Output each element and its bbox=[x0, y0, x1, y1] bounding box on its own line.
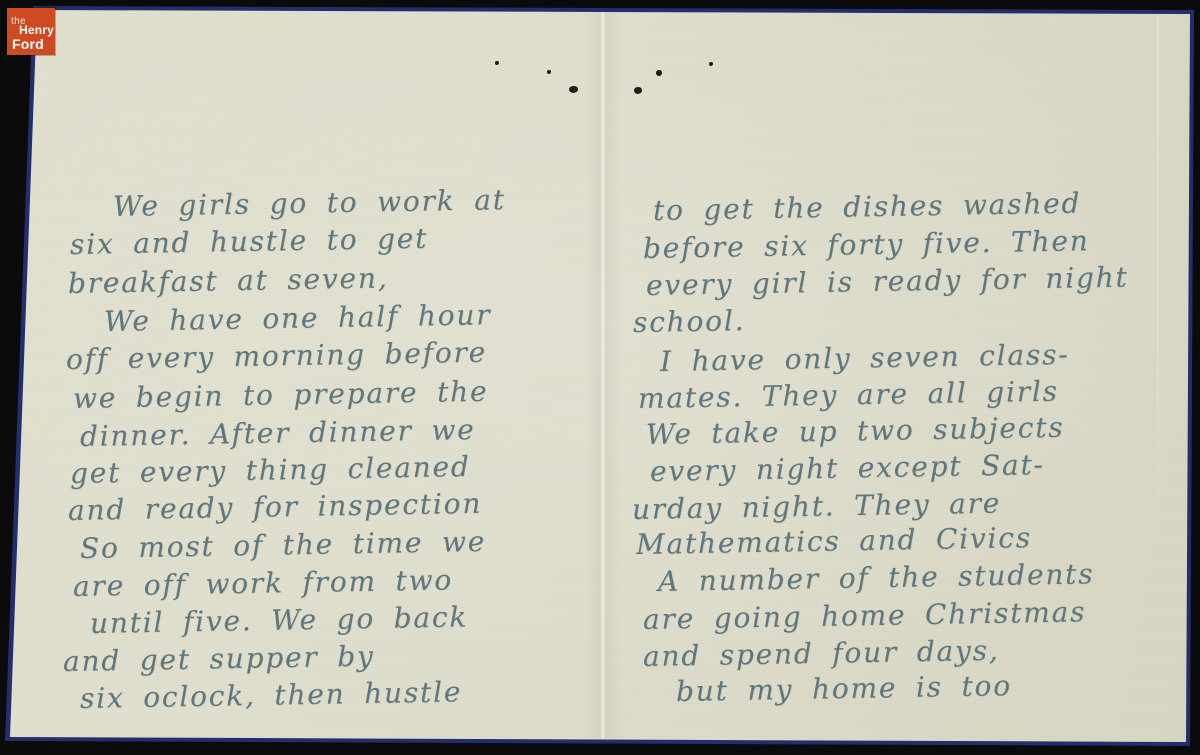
henry-ford-logo: the Henry Ford bbox=[7, 8, 55, 55]
handwriting-line: We girls go to work at bbox=[113, 186, 506, 221]
handwriting-line: are going home Christmas bbox=[643, 598, 1087, 634]
handwriting-line: every night except Sat- bbox=[650, 451, 1045, 486]
handwriting-line: and get supper by bbox=[63, 643, 375, 676]
handwriting-line: I have only seven class- bbox=[660, 341, 1070, 376]
handwriting-line: but my home is too bbox=[676, 672, 1012, 706]
handwriting-line: We have one half hour bbox=[104, 301, 492, 336]
handwriting-line: until five. We go back bbox=[90, 603, 469, 638]
handwriting-line: Mathematics and Civics bbox=[636, 524, 1032, 559]
handwriting-line: before six forty five. Then bbox=[643, 227, 1090, 263]
handwriting-line: A number of the students bbox=[658, 560, 1095, 596]
scanned-letter: We girls go to work at six and hustle to… bbox=[0, 0, 1200, 755]
center-fold bbox=[585, 12, 621, 738]
handwriting-line: breakfast at seven, bbox=[68, 264, 389, 298]
handwriting-line: every girl is ready for night bbox=[646, 264, 1129, 300]
handwriting-line: we begin to prepare the bbox=[73, 378, 489, 413]
handwriting-line: So most of the time we bbox=[80, 528, 487, 563]
handwriting-line: and ready for inspection bbox=[68, 490, 483, 525]
handwriting-line: get every thing cleaned bbox=[70, 453, 471, 488]
handwriting-line: dinner. After dinner we bbox=[80, 416, 476, 451]
handwriting-line: are off work from two bbox=[73, 566, 453, 601]
handwriting-line: to get the dishes washed bbox=[653, 190, 1082, 225]
handwriting-line: and spend four days, bbox=[643, 637, 1000, 671]
handwriting-line: six and hustle to get bbox=[70, 225, 429, 259]
handwriting-line: off every morning before bbox=[66, 339, 487, 374]
handwriting-line: school. bbox=[633, 307, 746, 337]
logo-word-ford: Ford bbox=[12, 36, 44, 52]
handwriting-line: mates. They are all girls bbox=[638, 378, 1059, 413]
right-crease bbox=[1157, 16, 1159, 536]
handwriting-line: urday night. They are bbox=[632, 490, 1002, 524]
handwriting-line: six oclock, then hustle bbox=[80, 678, 463, 713]
handwriting-line: We take up two subjects bbox=[646, 414, 1065, 449]
logo-word-henry: Henry bbox=[19, 23, 54, 37]
